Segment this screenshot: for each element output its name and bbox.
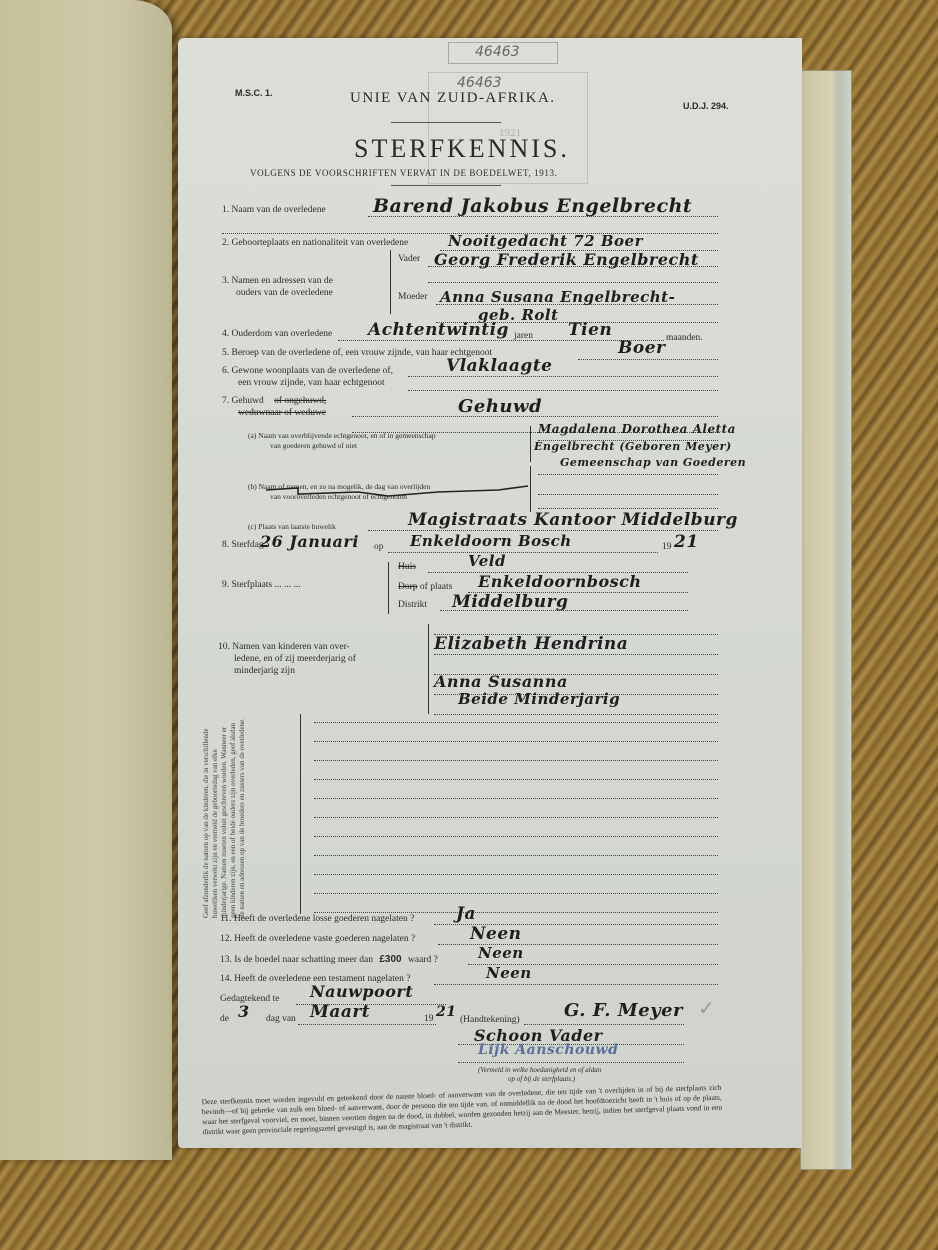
field-5-line [578, 359, 718, 360]
death-day-value: 26 Januari [260, 532, 359, 551]
children-note-value: Beide Minderjarig [458, 690, 620, 708]
signed-day-label: dag van [266, 1014, 296, 1024]
footer-instructions: Deze sterfkennis moet worden ingevuld en… [202, 1083, 723, 1138]
checkmark-icon: ✓ [698, 996, 715, 1021]
mother-label: Moeder [398, 292, 428, 302]
age-years-value: Achtentwintig [368, 320, 509, 340]
field-8-line [388, 552, 658, 553]
distrikt-label: Distrikt [398, 600, 427, 610]
field-7b-line2 [538, 508, 718, 509]
blank-line-10 [314, 893, 718, 894]
subtitle-rule [391, 185, 501, 186]
father-line2 [428, 282, 718, 283]
field-2-value: Nooitgedacht 72 Boer [448, 232, 643, 250]
field-7c-label: (c) Plaats van laatste huwelik [248, 522, 336, 531]
blank-line-1 [314, 722, 718, 723]
signed-day-prefix: de [220, 1014, 229, 1024]
signed-month-line [298, 1024, 436, 1025]
union-heading: UNIE VAN ZUID-AFRIKA. [350, 90, 556, 107]
field-7b-brace [530, 466, 531, 512]
field-1-value: Barend Jakobus Engelbrecht [373, 195, 692, 217]
field-10-brace [428, 624, 429, 714]
extra-annotation-value: Lijk Aanschouwd [478, 1042, 618, 1058]
field-5-value: Boer [618, 338, 665, 358]
form-code-left: M.S.C. 1. [235, 88, 273, 98]
children-line-2 [434, 654, 718, 655]
left-book-page [0, 0, 172, 1160]
field-7a-line2 [538, 474, 718, 475]
field-14-value: Neen [486, 964, 532, 982]
field-6-label: 6. Gewone woonplaats van de overledene o… [222, 366, 393, 376]
spouse-value-2: Engelbrecht (Geboren Meyer) [534, 440, 732, 453]
field-10-label-3: minderjarig zijn [234, 666, 295, 676]
instruction-brace [300, 714, 301, 914]
field-7-label-a: 7. Gehuwd [222, 396, 264, 406]
field-6-line2 [408, 390, 718, 391]
field-11-value: Ja [456, 904, 476, 924]
form-code-right: U.D.J. 294. [683, 101, 729, 111]
field-7b-line [538, 494, 718, 495]
blank-line-5 [314, 798, 718, 799]
death-year-prefix: 19 [662, 542, 672, 552]
field-3-label-2: ouders van de overledene [236, 288, 333, 298]
field-7a-label-2: van goederen gehuwd of niet [270, 441, 357, 450]
archive-number-inner: 46463 [457, 75, 502, 91]
field-7a-brace [530, 426, 531, 462]
child-1-value: Elizabeth Hendrina [434, 634, 628, 654]
field-6-label-2: een vrouw zijnde, van haar echtgenoot [238, 378, 385, 388]
field-7a-label: (a) Naam van overblijvende echtgenoot, e… [248, 431, 436, 440]
blank-line-2 [314, 741, 718, 742]
capacity-note: (Vermeld in welke hoedanigheid en of ald… [478, 1066, 601, 1074]
dorp-label-struck: Dorp [398, 582, 418, 592]
archive-stamp-top: 46463 [448, 42, 558, 64]
field-14-line [434, 984, 718, 985]
blank-line-8 [314, 855, 718, 856]
signed-day-value: 3 [238, 1002, 250, 1021]
child-2-value: Anna Susanna [434, 672, 568, 691]
marriage-place-value: Magistraats Kantoor Middelburg [408, 510, 738, 530]
signature-value: G. F. Meyer [564, 1000, 683, 1021]
dorp-label: Dorp of plaats [398, 582, 452, 592]
dorp-value: Enkeldoornbosch [478, 572, 642, 591]
field-7-value: Gehuwd [458, 396, 542, 417]
blank-line-11 [314, 912, 718, 913]
age-months-label: maanden. [666, 333, 703, 343]
book-cover-edge [800, 70, 852, 1170]
field-13-value: Neen [478, 944, 524, 962]
capacity-line-2 [458, 1062, 684, 1063]
field-3-label: 3. Namen en adressen van de [222, 276, 333, 286]
signed-month-value: Maart [310, 1002, 370, 1022]
capacity-note-2: op of bij de sterfplaats.) [508, 1075, 575, 1083]
signed-at-value: Nauwpoort [310, 982, 413, 1001]
father-label: Vader [398, 254, 420, 264]
instruction-vertical: Geef afzonderlik de namen op van de kind… [202, 718, 247, 918]
field-2-label: 2. Geboorteplaats en nationaliteit van o… [222, 238, 408, 248]
signed-year-value: 21 [436, 1004, 456, 1020]
header-rule [391, 122, 501, 123]
mother-value: Anna Susana Engelbrecht- [440, 288, 675, 306]
field-13-label: 13. Is de boedel naar schatting meer dan… [220, 954, 438, 965]
field-6-line [408, 376, 718, 377]
field-7c-line [368, 530, 718, 531]
field-12-label: 12. Heeft de overledene vaste goederen n… [220, 934, 415, 944]
field-7-label-2: weduwnaar of weduwe [238, 408, 326, 418]
spouse-value-3: Gemeenschap van Goederen [560, 456, 746, 469]
field-11-label: 11. Heeft de overledene losse goederen n… [220, 914, 414, 924]
handtekening-label: (Handtekening) [460, 1015, 520, 1025]
signed-at-label: Gedagtekend te [220, 994, 279, 1004]
field-10-label-2: ledene, en of zij meerderjarig of [234, 654, 356, 664]
death-place-short-value: Enkeldoorn Bosch [410, 532, 572, 550]
field-13-label-b: waard ? [408, 955, 438, 965]
strikethrough-scribble-icon [238, 482, 538, 498]
field-3-brace [390, 250, 391, 314]
archive-number-top: 46463 [475, 44, 520, 60]
distrikt-value: Middelburg [452, 592, 568, 612]
dorp-label-text: of plaats [420, 582, 452, 592]
field-8-op-label: op [374, 542, 384, 552]
field-9-brace [388, 562, 389, 614]
field-10-label: 10. Namen van kinderen van over- [218, 642, 350, 652]
field-12-value: Neen [470, 924, 522, 944]
field-4-line [338, 340, 664, 341]
blank-line-7 [314, 836, 718, 837]
huis-label: Huis [398, 562, 416, 572]
field-4-label: 4. Ouderdom van overledene [222, 329, 332, 339]
field-7-label: 7. Gehuwd of ongehuwd, [222, 396, 326, 406]
threshold-amount: £300 [379, 954, 401, 965]
page-subtitle: VOLGENS DE VOORSCHRIFTEN VERVAT IN DE BO… [250, 168, 557, 178]
death-year-value: 21 [674, 532, 699, 552]
signature-line [524, 1024, 684, 1025]
field-6-value: Vlaklaagte [446, 356, 553, 376]
field-13-label-a: 13. Is de boedel naar schatting meer dan [220, 955, 373, 965]
page-title: STERFKENNIS. [354, 134, 570, 164]
blank-line-3 [314, 760, 718, 761]
children-line-5 [434, 714, 718, 715]
huis-value: Veld [468, 552, 506, 570]
field-9-label: 9. Sterfplaats ... ... ... [222, 580, 301, 590]
death-notice-page: 46463 46463 1921 M.S.C. 1. U.D.J. 294. U… [178, 38, 802, 1148]
age-months-value: Tien [568, 320, 612, 340]
field-1-label: 1. Naam van de overledene [222, 205, 326, 215]
signed-year-prefix: 19 [424, 1014, 434, 1024]
blank-line-4 [314, 779, 718, 780]
blank-line-9 [314, 874, 718, 875]
father-value: Georg Frederik Engelbrecht [434, 250, 699, 269]
blank-line-6 [314, 817, 718, 818]
spouse-value-1: Magdalena Dorothea Aletta [538, 422, 736, 436]
field-7-label-struck: of ongehuwd, [274, 396, 326, 406]
